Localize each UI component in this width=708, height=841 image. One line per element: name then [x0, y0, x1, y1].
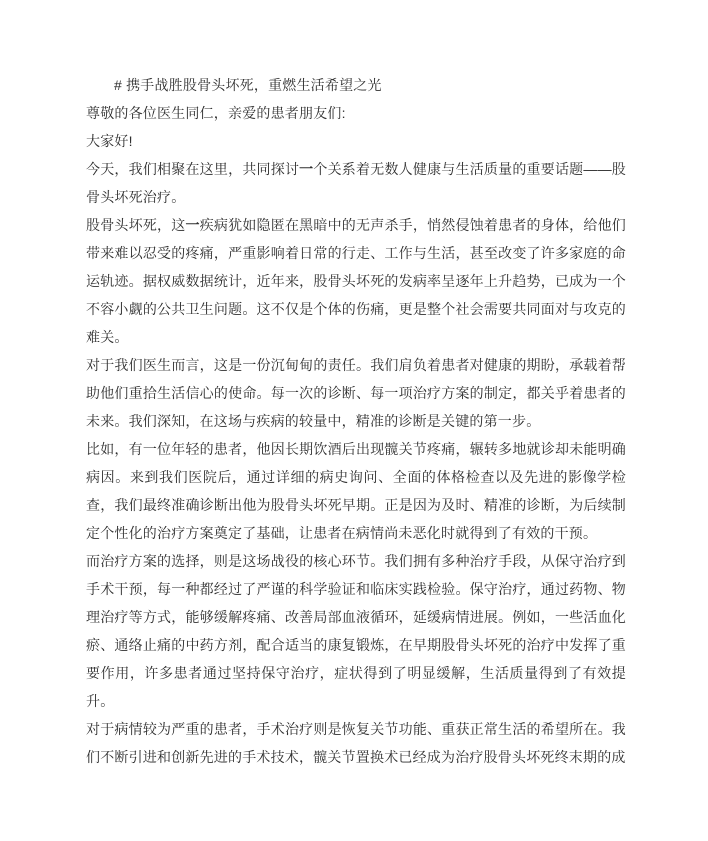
surgical-treatment-paragraph: 对于病情较为严重的患者，手术治疗则是恢复关节功能、重获正常生活的希望所在。我们不… — [86, 715, 626, 771]
text-run: 尊敬的各位医生同仁，亲爱的患者朋友们: — [86, 105, 346, 121]
text-run: 今天，我们相聚在这里，共同探讨 — [86, 161, 299, 177]
disease-overview-paragraph: 股骨头坏死，这一疾病犹如隐匿在黑暗中的无声杀手，悄然侵蚀着患者的身体，给他们带来… — [86, 211, 626, 351]
bold-text-run: 一 — [299, 161, 313, 177]
text-run: 疾病犹如隐匿在黑暗中的无声杀手，悄然侵蚀着患者的身体，给他们带来难以忍受的疼痛，… — [86, 217, 626, 345]
salutation: 尊敬的各位医生同仁，亲爱的患者朋友们: — [86, 99, 626, 127]
text-run: 比如，有一位年轻的患者，他因长期饮酒后出现髋关节疼痛，辗转多地就诊却未能明确病因… — [86, 441, 626, 541]
document-title: # 携手战胜股骨头坏死，重燃生活希望之光 — [86, 71, 626, 99]
document-body: 尊敬的各位医生同仁，亲爱的患者朋友们:大家好!今天，我们相聚在这里，共同探讨一个… — [86, 99, 626, 771]
document-page: # 携手战胜股骨头坏死，重燃生活希望之光 尊敬的各位医生同仁，亲爱的患者朋友们:… — [86, 71, 626, 771]
text-run: 股骨头坏死，这 — [86, 217, 185, 233]
text-run: 大家好! — [86, 133, 133, 149]
patient-case-paragraph: 比如，有一位年轻的患者，他因长期饮酒后出现髋关节疼痛，辗转多地就诊却未能明确病因… — [86, 435, 626, 547]
text-run: 对于我们医生而言，这是一份沉甸甸的责任。我们肩负着患者对健康的期盼，承载着帮助他… — [86, 357, 626, 429]
bold-text-run: 一 — [185, 217, 199, 233]
text-run: 对于病情较为严重的患者，手术治疗则是恢复关节功能、重获正常生活的希望所在。我们不… — [86, 721, 626, 765]
greeting: 大家好! — [86, 127, 626, 155]
text-run: 而治疗方案的选择，则是这场战役的核心环节。我们拥有多种治疗手段，从保守治疗到手术… — [86, 553, 626, 709]
treatment-options-paragraph: 而治疗方案的选择，则是这场战役的核心环节。我们拥有多种治疗手段，从保守治疗到手术… — [86, 547, 626, 715]
intro-paragraph: 今天，我们相聚在这里，共同探讨一个关系着无数人健康与生活质量的重要话题——股骨头… — [86, 155, 626, 211]
doctor-responsibility-paragraph: 对于我们医生而言，这是一份沉甸甸的责任。我们肩负着患者对健康的期盼，承载着帮助他… — [86, 351, 626, 435]
